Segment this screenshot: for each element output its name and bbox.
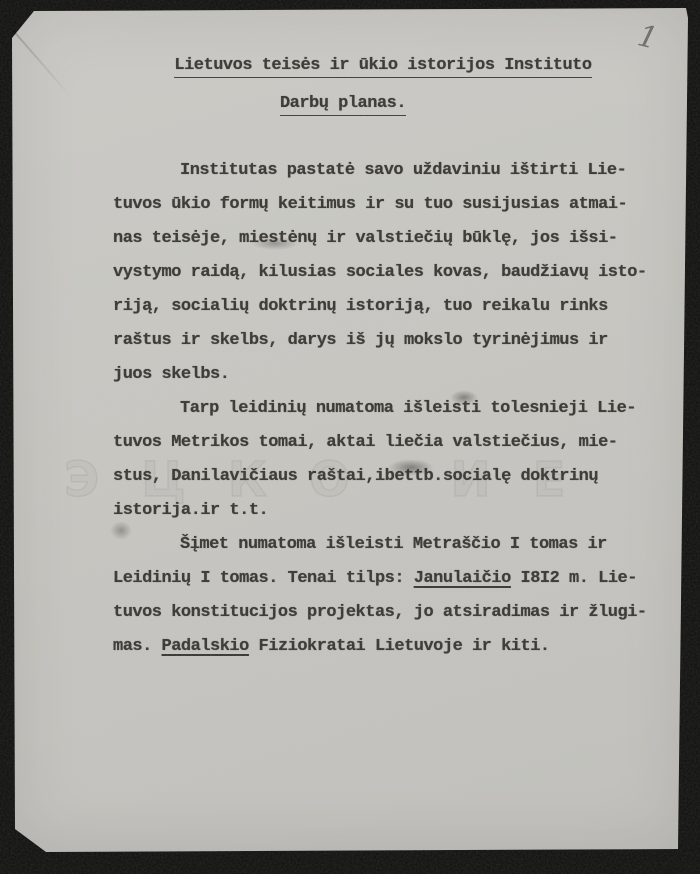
body-line: nas teisėje, miestėnų ir valstiečių būkl… bbox=[113, 222, 653, 256]
document-title: Lietuvos teisės ir ūkio istorijos Instit… bbox=[113, 56, 653, 132]
body-line: juos skelbs. bbox=[113, 358, 653, 392]
body-line: stus, Danilavičiaus raštai,ibettb.social… bbox=[113, 460, 653, 494]
title-line: Darbų planas. bbox=[113, 94, 653, 132]
body-line: tuvos ūkio formų keitimus ir su tuo susi… bbox=[113, 188, 653, 222]
body-line: riją, socialių doktrinų istoriją, tuo re… bbox=[113, 290, 653, 324]
body-line: tuvos Metrikos tomai, aktai liečia valst… bbox=[113, 426, 653, 460]
body-line: Tarp leidinių numatoma išleisti tolesnie… bbox=[113, 392, 653, 426]
document-body: Institutas pastatė savo uždaviniu ištirt… bbox=[113, 154, 653, 664]
body-line: istorija.ir t.t. bbox=[113, 494, 653, 528]
body-line: tuvos konstitucijos projektas, jo atsira… bbox=[113, 596, 653, 630]
body-line: raštus ir skelbs, darys iš jų mokslo tyr… bbox=[113, 324, 653, 358]
body-line: Leidinių I tomas. Tenai tilps: Janulaiči… bbox=[113, 562, 653, 596]
document-text: Lietuvos teisės ir ūkio istorijos Instit… bbox=[113, 56, 653, 664]
title-line: Lietuvos teisės ir ūkio istorijos Instit… bbox=[113, 56, 653, 94]
body-line: Institutas pastatė savo uždaviniu ištirt… bbox=[113, 154, 653, 188]
scan-background: ЭЦКО ИЕ Lietuvos teisės ir ūkio istorijo… bbox=[0, 0, 700, 874]
body-line: vystymo raidą, kilusias sociales kovas, … bbox=[113, 256, 653, 290]
body-line: mas. Padalskio Fiziokratai Lietuvoje ir … bbox=[113, 630, 653, 664]
body-line: Šįmet numatoma išleisti Metraščio I toma… bbox=[113, 528, 653, 562]
